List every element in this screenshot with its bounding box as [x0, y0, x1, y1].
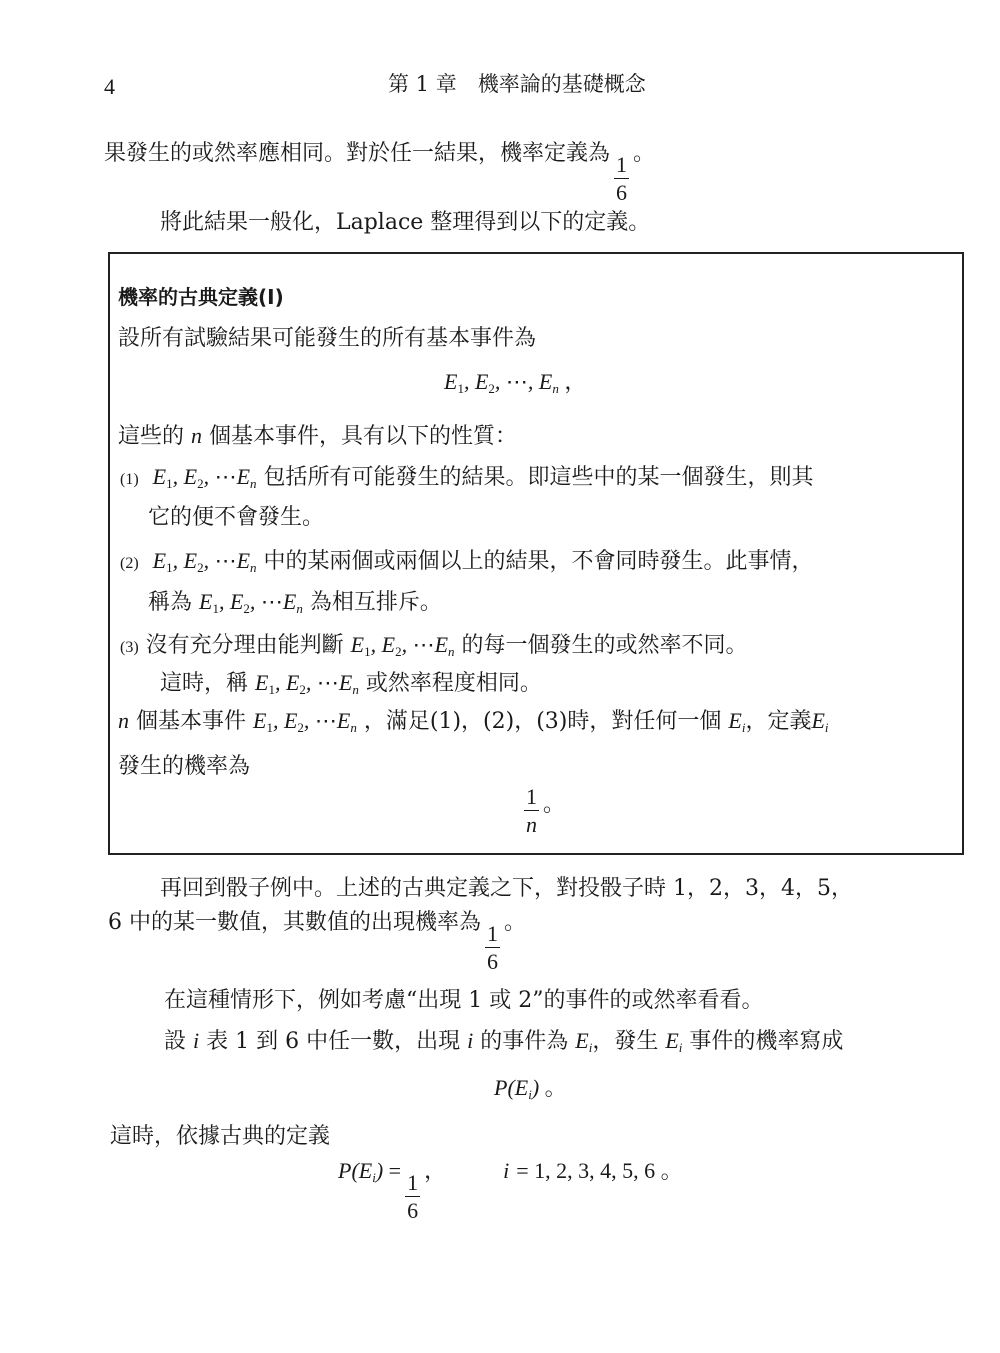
definition-conclusion: n 個基本事件 E1, E2, ⋯En ，滿足(1)，(2)，(3)時，對任何一… [118, 710, 829, 734]
result-fraction: 1n。 [520, 786, 565, 836]
page-number: 4 [104, 76, 115, 98]
paragraph-2: 在這種情形下，例如考慮“出現 1 或 2”的事件的或然率看看。 [164, 990, 763, 1012]
property-1: (1) E1, E2, ⋯En 包括所有可能發生的結果。即這些中的某一個發生，則… [120, 466, 814, 490]
paragraph-1-line-1: 再回到骰子例中。上述的古典定義之下，對投骰子時 1，2，3，4，5， [160, 878, 853, 900]
intro-line-1: 果發生的或然率應相同。對於任一結果，機率定義為16。 [104, 143, 655, 204]
events-display: E1, E2, ⋯, En ， [444, 371, 586, 395]
definition-line-1: 設所有試驗結果可能發生的所有基本事件為 [118, 328, 536, 350]
property-2-label: (2) [120, 555, 139, 572]
definition-title: 機率的古典定義(I) [118, 287, 284, 307]
paragraph-4: 這時，依據古典的定義 [110, 1126, 330, 1148]
property-2-continuation: 稱為 E1, E2, ⋯En 為相互排斥。 [148, 591, 442, 615]
property-2: (2) E1, E2, ⋯En 中的某兩個或兩個以上的結果，不會同時發生。此事情… [120, 550, 814, 574]
property-1-continuation: 它的便不會發生。 [148, 507, 324, 529]
property-3-continuation: 這時，稱 E1, E2, ⋯En 或然率程度相同。 [160, 672, 542, 696]
definition-line-2: 這些的 n 個基本事件，具有以下的性質： [118, 425, 517, 448]
intro-line-2: 將此結果一般化，Laplace 整理得到以下的定義。 [160, 212, 650, 234]
property-3: (3) 沒有充分理由能判斷 E1, E2, ⋯En 的每一個發生的或然率不同。 [120, 634, 748, 658]
intro-line-1-text: 果發生的或然率應相同。對於任一結果，機率定義為 [104, 141, 610, 166]
definition-conclusion-line-2: 發生的機率為 [118, 756, 250, 778]
fraction-one-sixth: 16 [614, 154, 629, 204]
formula-classical-probability: P(Ei) =16， i = 1, 2, 3, 4, 5, 6 。 [338, 1160, 683, 1222]
paragraph-1-line-2: 6 中的某一數值，其數值的出現機率為16。 [108, 912, 526, 973]
paragraph-3: 設 i 表 1 到 6 中任一數，出現 i 的事件為 Ei，發生 Ei 事件的機… [164, 1030, 843, 1054]
property-3-label: (3) [120, 639, 139, 656]
formula-p-ei: P(Ei) 。 [494, 1077, 567, 1101]
property-1-label: (1) [120, 471, 139, 488]
fraction-one-sixth: 16 [485, 923, 500, 973]
running-header-chapter-title: 第 1 章 機率論的基礎概念 [388, 74, 646, 95]
